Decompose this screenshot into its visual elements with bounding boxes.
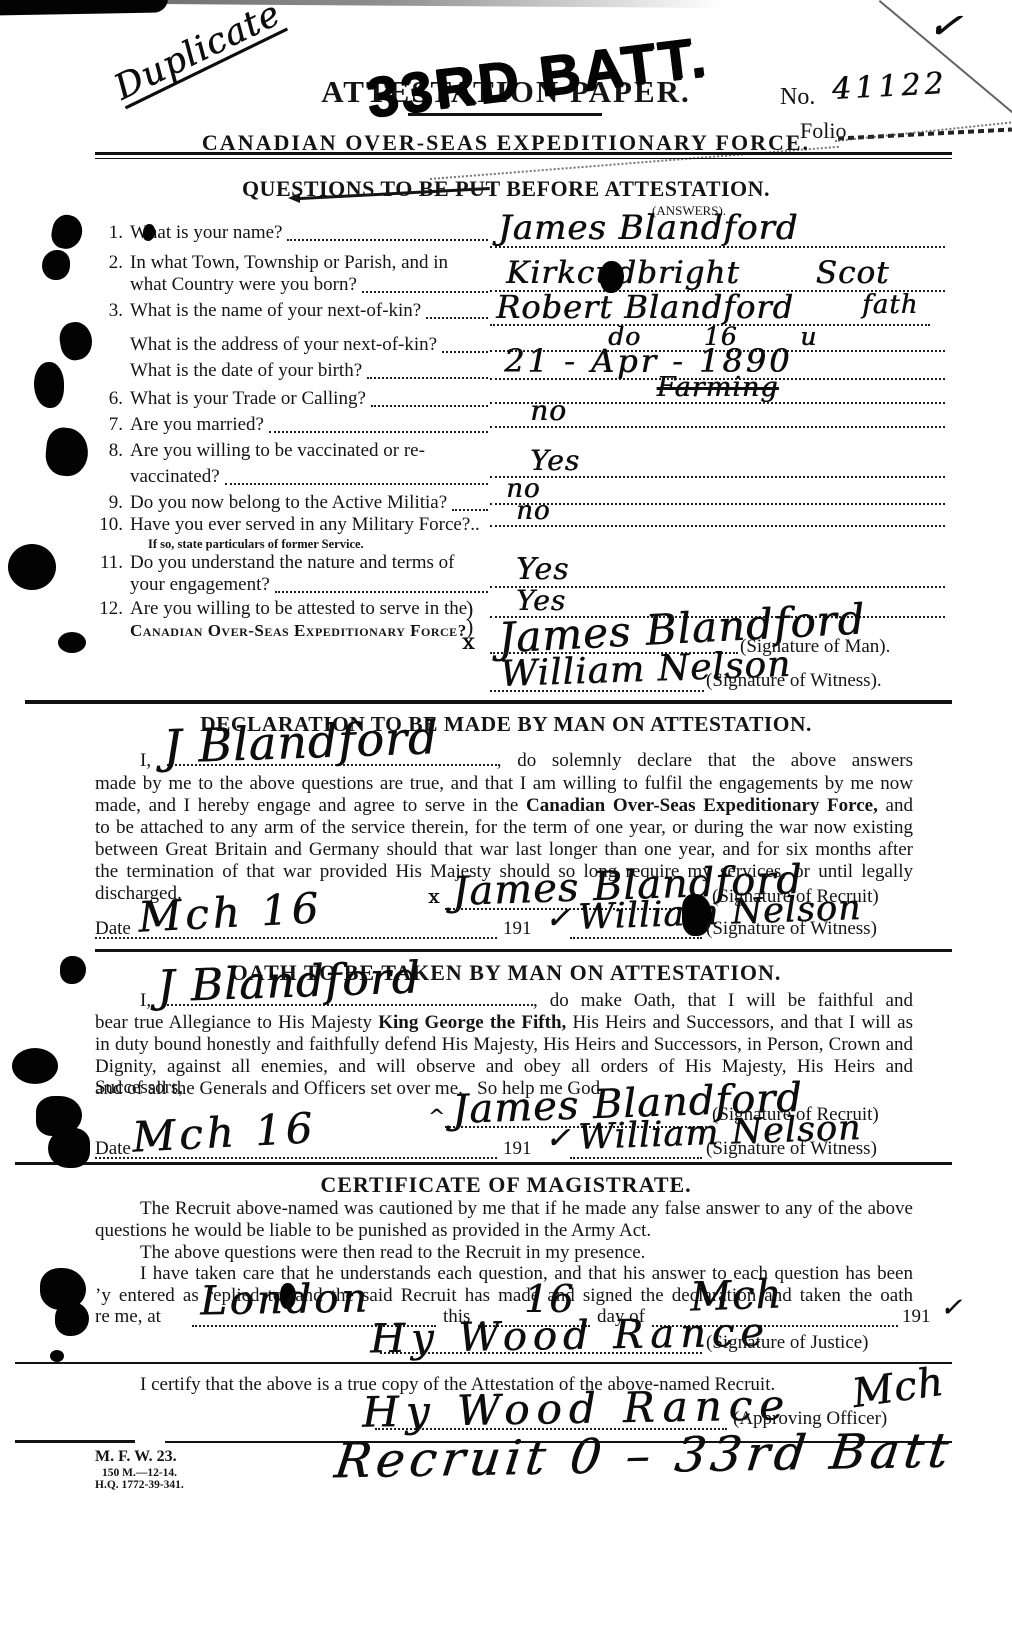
ink-blot xyxy=(55,1302,89,1336)
ink-blot xyxy=(50,1350,64,1362)
handwritten-name: J Blandford xyxy=(162,714,439,770)
handwritten-answer: James Blandford xyxy=(498,211,798,245)
answer-row-10: no xyxy=(490,502,945,527)
printed-text: I, xyxy=(140,750,151,771)
printed-text: and xyxy=(878,795,913,816)
ink-blot xyxy=(49,212,85,251)
question-text: Are you willing to be vaccinated or re- xyxy=(130,440,425,462)
divider-rule xyxy=(25,700,952,704)
question-row-2: 2.In what Town, Township or Parish, and … xyxy=(98,252,490,296)
battalion-stamp: 33RD BATT. xyxy=(290,14,784,138)
signature-mark: x xyxy=(462,632,475,654)
signature-line xyxy=(490,690,704,692)
ink-blot xyxy=(57,320,95,363)
number-value: 41122 xyxy=(831,69,948,105)
date-line xyxy=(95,1157,497,1159)
questions-heading: QUESTIONS TO BE PUT BEFORE ATTESTATION. xyxy=(156,176,856,202)
handwritten-year-mark: ✓ xyxy=(545,1124,571,1154)
printed-text: bear true Allegiance to His Majesty xyxy=(95,1012,378,1033)
handwritten-margin-note: fath xyxy=(862,292,918,318)
year-printed: 191 xyxy=(503,1138,532,1160)
question-number: 7. xyxy=(98,414,130,436)
question-number: 3. xyxy=(98,300,130,322)
year-printed: 191 xyxy=(503,918,532,940)
attestation-paper-scan: Duplicate ✓ ATTESTATION PAPER. 33RD BATT… xyxy=(0,0,1012,1632)
question-row-9: 9.Do you now belong to the Active Militi… xyxy=(98,492,490,514)
handwritten-year-mark: ✓ xyxy=(940,1295,963,1321)
answer-row-11: Yes xyxy=(490,554,945,588)
question-row-12: 12.Are you willing to be attested to ser… xyxy=(98,598,490,642)
dotted-leader xyxy=(269,431,488,433)
signature-mark: x xyxy=(428,886,440,906)
question-text: vaccinated? xyxy=(130,466,220,488)
question-text: What is your Trade or Calling? xyxy=(130,388,366,410)
dotted-leader xyxy=(371,405,488,407)
question-row-11: 11.Do you understand the nature and term… xyxy=(98,552,490,596)
divider-rule xyxy=(15,1440,135,1443)
handwritten-bottom-note: Recruit 0 – 33rd Batt xyxy=(332,1427,956,1486)
signature-mark: ^ xyxy=(428,1106,446,1126)
date-line xyxy=(95,937,497,939)
dotted-leader xyxy=(426,317,488,319)
handwritten-answer: Farming xyxy=(657,374,779,401)
question-text: In what Town, Township or Parish, and in xyxy=(130,252,448,274)
justice-signature-label: (Signature of Justice) xyxy=(706,1332,869,1354)
form-code: M. F. W. 23. xyxy=(95,1448,177,1466)
handwritten-answer: Kirkcudbright Scot xyxy=(506,258,889,289)
dotted-leader xyxy=(225,483,488,485)
handwritten-date: Mch 16 xyxy=(131,1107,317,1159)
ink-blot xyxy=(58,632,86,653)
question-row-1: 1.What is your name? xyxy=(98,222,490,244)
ink-blot xyxy=(60,956,86,984)
pen-strike-arrowhead xyxy=(288,193,300,203)
divider-rule xyxy=(95,949,952,952)
dotted-leader xyxy=(442,351,488,353)
question-text: Have you ever served in any Military For… xyxy=(130,514,480,536)
divider-rule xyxy=(15,1362,952,1364)
question-number: 9. xyxy=(98,492,130,514)
divider-rule xyxy=(15,1162,952,1165)
signature-line xyxy=(380,1352,702,1354)
signature-line xyxy=(570,937,702,939)
handwritten-month-note: Mch xyxy=(850,1362,947,1414)
declaration-line-2: made by me to the above questions are tr… xyxy=(95,773,913,794)
ink-blot xyxy=(44,426,91,478)
ink-blot xyxy=(42,250,70,280)
question-number: 11. xyxy=(98,552,130,574)
ink-blot xyxy=(48,1128,90,1168)
handwritten-answer: Robert Blandford xyxy=(496,291,794,323)
witness-signature-label: (Signature of Witness) xyxy=(706,1138,877,1160)
name-line: J Blandford xyxy=(163,991,533,1006)
question-text: What is the name of your next-of-kin? xyxy=(130,300,421,322)
dotted-leader xyxy=(275,591,488,593)
question-row-4: What is the address of your next-of-kin? xyxy=(98,334,490,356)
printed-text: His Heirs and Successors, and that I wil… xyxy=(566,1012,913,1033)
dotted-leader xyxy=(287,239,488,241)
handwritten-year-mark: ✓ xyxy=(545,904,571,934)
name-line: J Blandford xyxy=(167,751,497,766)
declaration-line-4: to be attached to any arm of the service… xyxy=(95,817,913,838)
ink-blot xyxy=(0,0,168,16)
number-label: No. xyxy=(780,84,815,111)
handwritten-answer: Yes xyxy=(516,555,569,585)
question-text: Are you willing to be attested to serve … xyxy=(130,598,467,620)
declaration-line-1: I, J Blandford, do solemnly declare that… xyxy=(95,750,913,771)
certificate-line: The Recruit above-named was cautioned by… xyxy=(95,1198,913,1219)
ink-blot xyxy=(12,1048,58,1084)
handwritten-date: Mch 16 xyxy=(137,887,323,939)
year-printed: 191 xyxy=(902,1306,931,1328)
question-text: Are you married? xyxy=(130,414,264,436)
printed-text-bold: Canadian Over-Seas Expeditionary Force, xyxy=(526,795,878,816)
checkmark: ✓ xyxy=(925,4,965,48)
oath-line-3: in duty bound honestly and faithfully de… xyxy=(95,1034,913,1055)
question-subnote: If so, state particulars of former Servi… xyxy=(148,536,490,553)
certificate-line: questions he would be liable to be punis… xyxy=(95,1220,913,1241)
form-code: 150 M.—12-14. xyxy=(102,1467,177,1479)
dotted-leader xyxy=(362,291,488,293)
oath-line-2: bear true Allegiance to His Majesty King… xyxy=(95,1012,913,1033)
certificate-line: The above questions were then read to th… xyxy=(95,1242,913,1263)
answer-row-1: James Blandford xyxy=(490,206,945,248)
printed-text-bold: King George the Fifth, xyxy=(378,1012,566,1033)
printed-text: I, xyxy=(140,990,151,1011)
certificate-heading: CERTIFICATE OF MAGISTRATE. xyxy=(146,1172,866,1198)
answer-row-7: no xyxy=(490,400,945,428)
answer-row-8: Yes xyxy=(490,446,945,478)
question-row-8: 8.Are you willing to be vaccinated or re… xyxy=(98,440,490,488)
ink-blot xyxy=(34,362,64,408)
form-code: H.Q. 1772-39-341. xyxy=(95,1479,184,1491)
handwritten-answer: no xyxy=(516,498,550,524)
printed-text: made, and I hereby engage and agree to s… xyxy=(95,795,526,816)
question-row-5: What is the date of your birth? xyxy=(98,360,490,382)
handwritten-answer: Yes xyxy=(530,447,580,475)
dotted-leader xyxy=(452,509,488,511)
question-text: Canadian Over-Seas Expeditionary Force? xyxy=(130,620,467,642)
question-row-3: 3.What is the name of your next-of-kin? xyxy=(98,300,490,322)
signature-line xyxy=(570,1157,702,1159)
printed-text: , do make Oath, that I will be faithful … xyxy=(533,990,913,1011)
signature-of-witness-label: (Signature of Witness). xyxy=(706,670,882,692)
question-text: your engagement? xyxy=(130,574,270,596)
question-row-7: 7.Are you married? xyxy=(98,414,490,436)
question-number: 6. xyxy=(98,388,130,410)
question-text: Do you understand the nature and terms o… xyxy=(130,552,455,574)
question-row-6: 6.What is your Trade or Calling? xyxy=(98,388,490,410)
handwritten-place: London xyxy=(200,1279,371,1322)
question-row-10: 10.Have you ever served in any Military … xyxy=(98,514,490,553)
question-number: 12. xyxy=(98,598,130,620)
question-text: What is the address of your next-of-kin? xyxy=(130,334,437,356)
place-prefix: re me, at xyxy=(95,1306,161,1328)
handwritten-name: J Blandford xyxy=(156,956,421,1009)
question-text: What is the date of your birth? xyxy=(130,360,362,382)
question-number: 8. xyxy=(98,440,130,462)
question-number: 2. xyxy=(98,252,130,274)
oath-line-1: I, J Blandford, do make Oath, that I wil… xyxy=(95,990,913,1011)
printed-text: , do solemnly declare that the above ans… xyxy=(497,750,913,771)
declaration-line-3: made, and I hereby engage and agree to s… xyxy=(95,795,913,816)
question-text: Do you now belong to the Active Militia? xyxy=(130,492,447,514)
divider-rule xyxy=(95,152,952,159)
dotted-leader xyxy=(367,377,488,379)
question-text: what Country were you born? xyxy=(130,274,357,296)
witness-signature-label: (Signature of Witness) xyxy=(706,918,877,940)
ink-blot xyxy=(8,544,56,590)
handwritten-answer: no xyxy=(530,397,567,425)
question-number: 10. xyxy=(98,514,130,536)
question-number: 1. xyxy=(98,222,130,244)
